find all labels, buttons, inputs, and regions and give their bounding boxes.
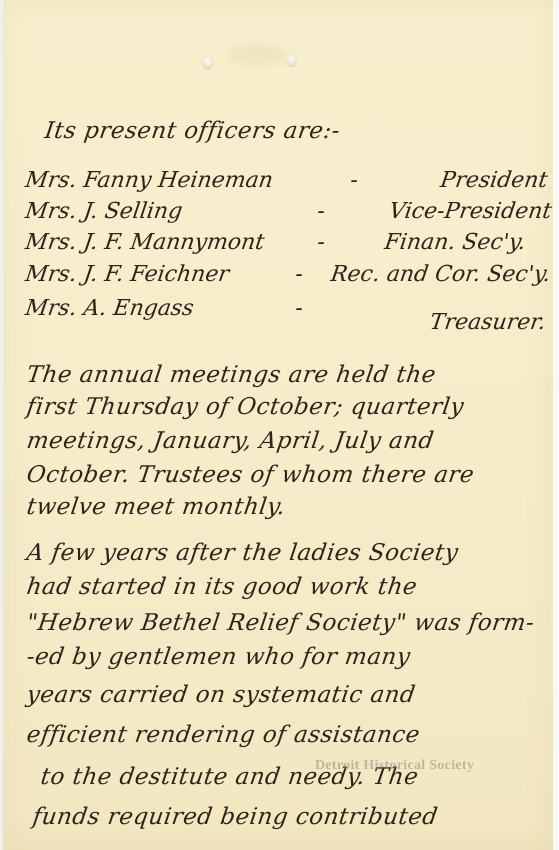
punch-hole-left — [202, 55, 213, 68]
officer-title: Treasurer. — [428, 310, 547, 335]
body-line: -ed by gentlemen who for many — [25, 644, 412, 670]
officer-name: Mrs. A. Engass — [24, 296, 196, 321]
body-line: efficient rendering of assistance — [25, 722, 422, 748]
punch-hole-right — [286, 53, 297, 66]
officer-name: Mrs. Fanny Heineman — [24, 168, 275, 193]
officer-row: Mrs. J. F. Mannymont - Finan. Sec'y. — [23, 230, 557, 260]
officer-dash: - — [316, 199, 327, 224]
body-line: first Thursday of October; quarterly — [25, 394, 466, 420]
paper-stain — [228, 45, 288, 65]
officer-title: Finan. Sec'y. — [383, 230, 527, 255]
body-line: funds required being contributed — [31, 804, 440, 830]
body-line: A few years after the ladies Society — [25, 540, 460, 566]
scan-right-edge — [553, 0, 559, 850]
body-line: twelve meet monthly. — [25, 494, 287, 520]
officer-row: Mrs. A. Engass - Treasurer. — [23, 296, 557, 326]
body-line: had started in its good work the — [25, 574, 419, 600]
officer-dash: - — [294, 296, 305, 321]
officer-row: Mrs. Fanny Heineman - President — [23, 168, 557, 198]
officer-row: Mrs. J. Selling - Vice-President — [23, 199, 557, 229]
officer-name: Mrs. J. Selling — [24, 199, 184, 224]
body-line: "Hebrew Bethel Relief Society" was form- — [25, 610, 536, 636]
officer-row: Mrs. J. F. Feichner - Rec. and Cor. Sec'… — [23, 262, 557, 292]
body-line: October. Trustees of whom there are — [25, 462, 476, 488]
body-line: The annual meetings are held the — [25, 362, 438, 388]
officer-name: Mrs. J. F. Mannymont — [24, 230, 266, 255]
officer-title: Vice-President — [388, 199, 554, 224]
officer-dash: - — [349, 168, 360, 193]
body-line: meetings, January, April, July and — [25, 428, 436, 454]
officer-name: Mrs. J. F. Feichner — [24, 262, 231, 287]
body-line: years carried on systematic and — [25, 682, 417, 708]
officer-title: Rec. and Cor. Sec'y. — [329, 262, 552, 287]
officer-dash: - — [294, 262, 305, 287]
officers-heading: Its present officers are:- — [43, 118, 342, 144]
letter-page: Its present officers are:- Mrs. Fanny He… — [3, 0, 553, 850]
officer-dash: - — [316, 230, 327, 255]
watermark: Detroit Historical Society — [315, 758, 474, 774]
officer-title: President — [439, 168, 549, 193]
